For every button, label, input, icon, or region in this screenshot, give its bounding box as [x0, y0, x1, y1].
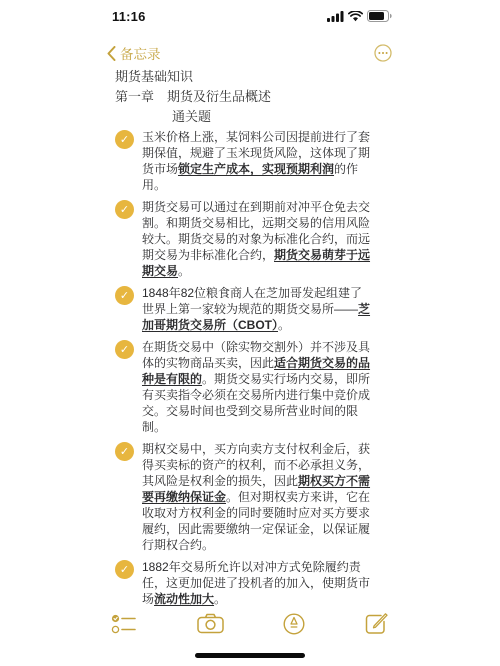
status-icons — [327, 10, 392, 22]
compose-button[interactable] — [363, 610, 390, 637]
checklist-item-text: 期货交易可以通过在到期前对冲平仓免去交割。和期货交易相比，远期交易的信用风险较大… — [142, 199, 370, 279]
more-options-button[interactable] — [374, 44, 392, 62]
status-time: 11:16 — [107, 9, 146, 24]
back-button-label: 备忘录 — [120, 43, 161, 63]
checklist-item: ✓玉米价格上涨，某饲料公司因提前进行了套期保值，规避了玉米现货风险，这体现了期货… — [115, 129, 392, 193]
checklist-item-text: 在期货交易中（除实物交割外）并不涉及具体的实物商品买卖，因此适合期货交易的品种是… — [142, 339, 370, 435]
checked-circle-icon[interactable]: ✓ — [115, 286, 134, 305]
section-heading: 通关题 — [172, 107, 392, 127]
checklist-item-text: 1848年82位粮食商人在芝加哥发起组建了世界上第一家较为规范的期货交易所——芝… — [142, 285, 370, 333]
cellular-signal-icon — [327, 11, 344, 22]
checked-circle-icon[interactable]: ✓ — [115, 560, 134, 579]
checklist-item: ✓1882年交易所允许以对冲方式免除履约责任，这更加促进了投机者的加入，使期货市… — [115, 559, 392, 607]
camera-icon — [197, 613, 224, 634]
wifi-icon — [348, 11, 363, 22]
compose-icon — [365, 612, 388, 635]
markup-icon — [283, 613, 305, 635]
checklist-item-text: 期权交易中，买方向卖方支付权利金后，获得买卖标的资产的权利，而不必承担义务，其风… — [142, 441, 370, 553]
chevron-left-icon — [107, 46, 116, 61]
note-title: 期货基础知识 — [115, 67, 392, 87]
checklist-item-text: 玉米价格上涨，某饲料公司因提前进行了套期保值，规避了玉米现货风险，这体现了期货市… — [142, 129, 370, 193]
nav-bar: 备忘录 — [107, 44, 392, 62]
bottom-toolbar — [107, 610, 392, 637]
checked-circle-icon[interactable]: ✓ — [115, 130, 134, 149]
markup-button[interactable] — [281, 611, 307, 637]
checked-circle-icon[interactable]: ✓ — [115, 442, 134, 461]
checklist-item: ✓在期货交易中（除实物交割外）并不涉及具体的实物商品买卖，因此适合期货交易的品种… — [115, 339, 392, 435]
battery-icon — [367, 10, 392, 22]
checklist: ✓玉米价格上涨，某饲料公司因提前进行了套期保值，规避了玉米现货风险，这体现了期货… — [115, 129, 392, 607]
camera-button[interactable] — [195, 611, 226, 636]
checklist-button[interactable] — [109, 611, 139, 637]
checked-circle-icon[interactable]: ✓ — [115, 340, 134, 359]
back-button[interactable]: 备忘录 — [107, 43, 161, 63]
ellipsis-circle-icon — [374, 44, 392, 62]
status-bar: 11:16 — [107, 0, 392, 24]
checklist-item-text: 1882年交易所允许以对冲方式免除履约责任，这更加促进了投机者的加入，使期货市场… — [142, 559, 370, 607]
home-indicator[interactable] — [195, 653, 305, 658]
note-content: 期货基础知识 第一章 期货及衍生品概述 通关题 ✓玉米价格上涨，某饲料公司因提前… — [107, 67, 392, 607]
checklist-item: ✓1848年82位粮食商人在芝加哥发起组建了世界上第一家较为规范的期货交易所——… — [115, 285, 392, 333]
checked-circle-icon[interactable]: ✓ — [115, 200, 134, 219]
chapter-heading: 第一章 期货及衍生品概述 — [115, 87, 392, 107]
checklist-item: ✓期货交易可以通过在到期前对冲平仓免去交割。和期货交易相比，远期交易的信用风险较… — [115, 199, 392, 279]
checklist-icon — [111, 613, 137, 635]
checklist-item: ✓期权交易中，买方向卖方支付权利金后，获得买卖标的资产的权利，而不必承担义务，其… — [115, 441, 392, 553]
